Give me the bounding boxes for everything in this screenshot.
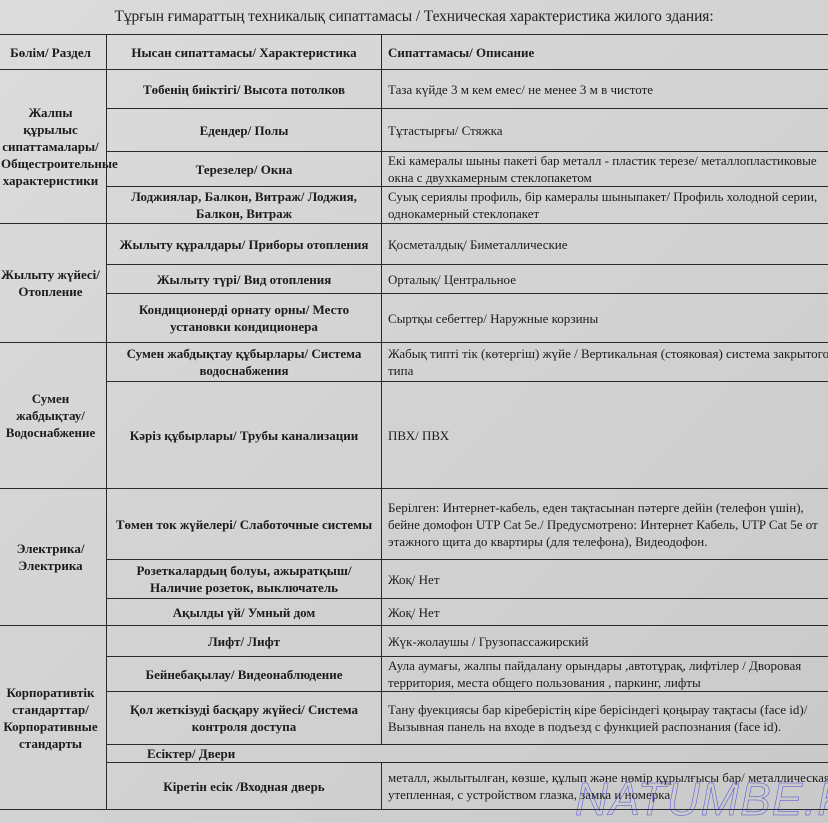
section-name: Корпоративтік стандарттар/ Корпоративные… bbox=[0, 626, 107, 810]
characteristic-cell: Кіретін есік /Входная дверь bbox=[107, 763, 382, 810]
table-row: Қол жеткізуді басқару жүйесі/ Система ко… bbox=[0, 692, 828, 745]
description-cell: Жабық типті тік (көтергіш) жүйе / Вертик… bbox=[382, 343, 828, 382]
section-name: Жылыту жүйесі/ Отопление bbox=[0, 224, 107, 343]
table-row: Корпоративтік стандарттар/ Корпоративные… bbox=[0, 626, 828, 657]
description-cell: Тану фуекциясы бар кіреберістің кіре бер… bbox=[382, 692, 828, 745]
header-characteristic: Нысан сипаттамасы/ Характеристика bbox=[107, 35, 382, 70]
characteristic-cell: Бейнебақылау/ Видеонаблюдение bbox=[107, 657, 382, 692]
description-cell: Қосметалдық/ Биметаллические bbox=[382, 224, 828, 265]
characteristic-cell: Кондиционерді орнату орны/ Место установ… bbox=[107, 294, 382, 343]
table-row: Кіретін есік /Входная дверь металл, жылы… bbox=[0, 763, 828, 810]
table-row: Сумен жабдықтау/ ВодоснабжениеСумен жабд… bbox=[0, 343, 828, 382]
characteristic-cell: Кәріз құбырлары/ Трубы канализации bbox=[107, 382, 382, 489]
characteristic-cell: Жылыту түрі/ Вид отопления bbox=[107, 265, 382, 294]
characteristic-cell: Розеткалардың болуы, ажыратқыш/ Наличие … bbox=[107, 560, 382, 599]
characteristic-cell: Лоджиялар, Балкон, Витраж/ Лоджия, Балко… bbox=[107, 187, 382, 224]
description-cell: Берілген: Интернет-кабель, еден тақтасын… bbox=[382, 489, 828, 560]
table-row: Лоджиялар, Балкон, Витраж/ Лоджия, Балко… bbox=[0, 187, 828, 224]
table-row: Кондиционерді орнату орны/ Место установ… bbox=[0, 294, 828, 343]
section-name: Сумен жабдықтау/ Водоснабжение bbox=[0, 343, 107, 489]
description-cell: Тұтастырғы/ Стяжка bbox=[382, 109, 828, 152]
table-row: Едендер/ ПолыТұтастырғы/ Стяжка bbox=[0, 109, 828, 152]
description-cell: металл, жылытылған, көзше, құлып және нө… bbox=[382, 763, 828, 810]
subheader: Есіктер/ Двери bbox=[107, 745, 828, 763]
description-cell: Орталық/ Центральное bbox=[382, 265, 828, 294]
spec-table: Бөлім/ Раздел Нысан сипаттамасы/ Характе… bbox=[0, 34, 828, 810]
characteristic-cell: Едендер/ Полы bbox=[107, 109, 382, 152]
table-row: Жылыту түрі/ Вид отопленияОрталық/ Центр… bbox=[0, 265, 828, 294]
characteristic-cell: Сумен жабдықтау құбырлары/ Система водос… bbox=[107, 343, 382, 382]
characteristic-cell: Қол жеткізуді басқару жүйесі/ Система ко… bbox=[107, 692, 382, 745]
table-row: Жылыту жүйесі/ ОтоплениеЖылыту құралдары… bbox=[0, 224, 828, 265]
table-row: Бейнебақылау/ Видеонаблюдение Аула аумағ… bbox=[0, 657, 828, 692]
table-row: Розеткалардың болуы, ажыратқыш/ Наличие … bbox=[0, 560, 828, 599]
section-name: Жалпы құрылыс сипаттамалары/ Общестроите… bbox=[0, 70, 107, 224]
header-section: Бөлім/ Раздел bbox=[0, 35, 107, 70]
table-row: Кәріз құбырлары/ Трубы канализацииПВХ/ П… bbox=[0, 382, 828, 489]
description-cell: Жоқ/ Нет bbox=[382, 560, 828, 599]
description-cell: Екі камералы шыны пакеті бар металл - пл… bbox=[382, 152, 828, 187]
section-name: Электрика/ Электрика bbox=[0, 489, 107, 626]
table-row: Жалпы құрылыс сипаттамалары/ Общестроите… bbox=[0, 70, 828, 109]
characteristic-cell: Төбенің биіктігі/ Высота потолков bbox=[107, 70, 382, 109]
table-row: Терезелер/ ОкнаЕкі камералы шыны пакеті … bbox=[0, 152, 828, 187]
description-cell: Аула аумағы, жалпы пайдалану орындары ,а… bbox=[382, 657, 828, 692]
description-cell: Жоқ/ Нет bbox=[382, 599, 828, 626]
header-description: Сипаттамасы/ Описание bbox=[382, 35, 828, 70]
characteristic-cell: Ақылды үй/ Умный дом bbox=[107, 599, 382, 626]
description-cell: ПВХ/ ПВХ bbox=[382, 382, 828, 489]
characteristic-cell: Терезелер/ Окна bbox=[107, 152, 382, 187]
description-cell: Суық сериялы профиль, бір камералы шынып… bbox=[382, 187, 828, 224]
table-header-row: Бөлім/ Раздел Нысан сипаттамасы/ Характе… bbox=[0, 35, 828, 70]
description-cell: Жүк-жолаушы / Грузопассажирский bbox=[382, 626, 828, 657]
description-cell: Сыртқы себеттер/ Наружные корзины bbox=[382, 294, 828, 343]
description-cell: Таза күйде 3 м кем емес/ не менее 3 м в … bbox=[382, 70, 828, 109]
characteristic-cell: Жылыту құралдары/ Приборы отопления bbox=[107, 224, 382, 265]
characteristic-cell: Төмен ток жүйелері/ Слаботочные системы bbox=[107, 489, 382, 560]
characteristic-cell: Лифт/ Лифт bbox=[107, 626, 382, 657]
table-row: Есіктер/ Двери bbox=[0, 745, 828, 763]
document-title: Тұрғын ғимараттың техникалық сипаттамасы… bbox=[0, 8, 828, 26]
table-row: Электрика/ ЭлектрикаТөмен ток жүйелері/ … bbox=[0, 489, 828, 560]
table-row: Ақылды үй/ Умный домЖоқ/ Нет bbox=[0, 599, 828, 626]
